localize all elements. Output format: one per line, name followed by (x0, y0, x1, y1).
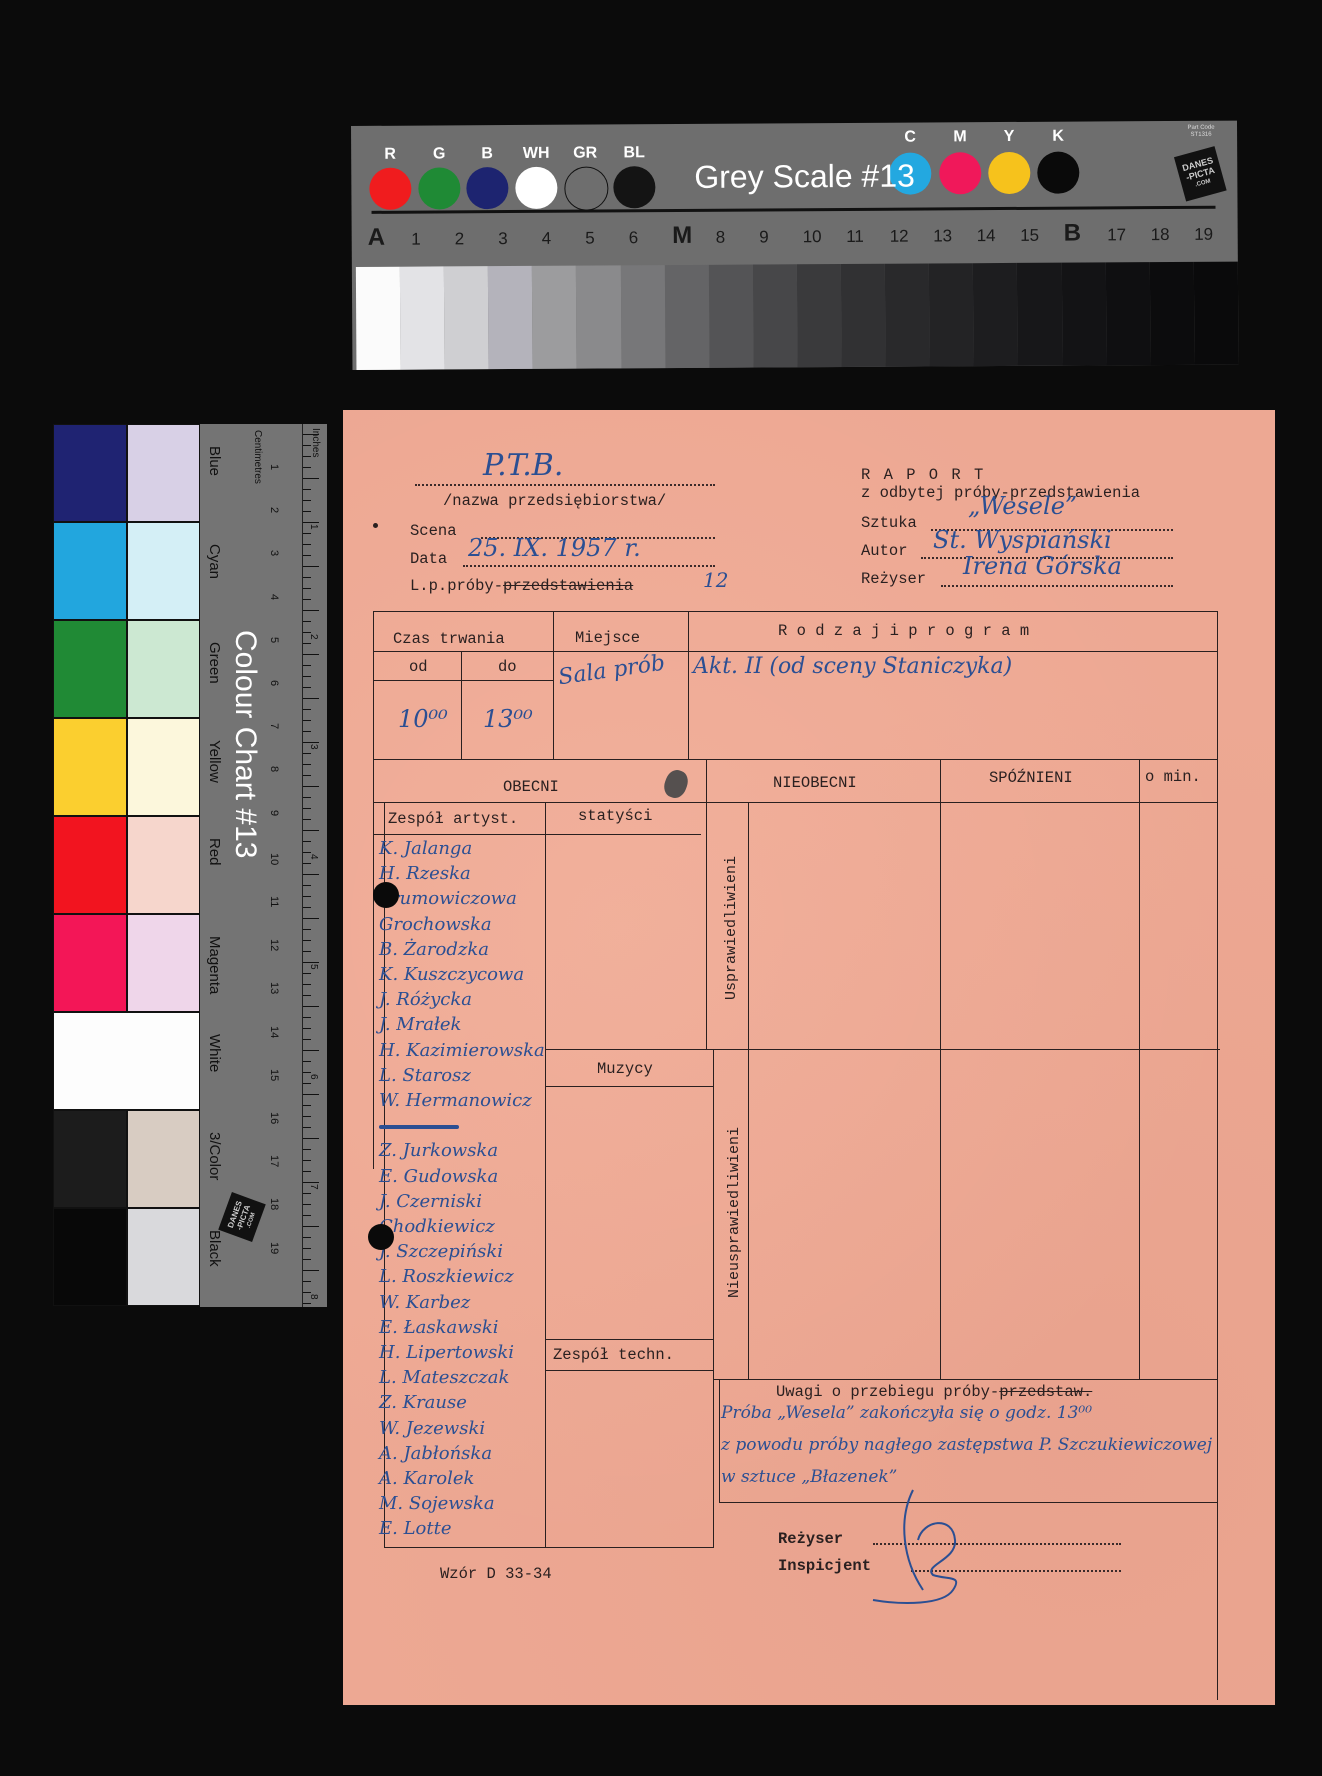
ruler-tick (303, 1061, 311, 1062)
table-line (373, 834, 701, 835)
inch-tick-label: 8 (308, 1294, 319, 1300)
color-dot-label: G (417, 145, 461, 163)
artist-entry: H. Rzeska (379, 863, 471, 884)
grey-scale-patches (356, 262, 1239, 370)
artist-entry: M. Sojewska (379, 1493, 495, 1514)
grey-scale-label: 5 (585, 229, 595, 249)
ruler-tick (303, 1303, 311, 1304)
ruler-tick (303, 1215, 311, 1216)
cm-tick-label: 2 (268, 507, 280, 513)
form-code: Wzór D 33-34 (440, 1565, 552, 1583)
cm-tick-label: 5 (268, 637, 280, 643)
cm-tick-label: 8 (268, 766, 280, 772)
grey-scale-label: 6 (629, 228, 639, 248)
color-dot-label: Y (987, 128, 1031, 146)
grey-scale-label: B (1064, 220, 1082, 248)
cm-tick-label: 18 (268, 1198, 280, 1210)
ruler-tick (303, 1072, 311, 1073)
color-dot-gr (564, 166, 608, 210)
ruler-tick (303, 478, 319, 479)
lp-value: 12 (703, 568, 728, 592)
colour-swatch-row (53, 718, 200, 816)
nieusprawiedliwieni-label: Nieusprawiedliwieni (726, 1075, 743, 1350)
ruler-tick (303, 599, 311, 600)
ruler-tick (303, 852, 311, 853)
cm-tick-label: 19 (268, 1242, 280, 1254)
color-dot-label: BL (612, 144, 656, 162)
dotted-line (415, 484, 715, 486)
grey-patch (709, 265, 754, 368)
inspicjent-label: Inspicjent (778, 1557, 871, 1575)
table-line (940, 759, 941, 1379)
ruler-tick (303, 907, 311, 908)
artist-entry: E. Gudowska (379, 1166, 498, 1187)
ruler-tick (303, 632, 311, 633)
artist-entry: E. Łaskawski (379, 1317, 499, 1338)
part-code: Part Code ST1316 (1171, 125, 1231, 139)
ruler-tick (303, 731, 311, 732)
artist-entry: Grochowska (379, 914, 492, 935)
report-title: R A P O R T (861, 466, 985, 484)
inch-tick-label: 6 (308, 1074, 319, 1080)
cm-tick-label: 13 (268, 982, 280, 994)
ruler-tick (303, 434, 319, 435)
ruler (302, 424, 327, 1307)
ruler-tick (303, 1116, 311, 1117)
table-line (706, 759, 707, 1049)
inch-tick-label: 5 (308, 964, 319, 970)
ruler-tick (303, 918, 319, 919)
artist-entry: Trumowiczowa (379, 888, 517, 909)
grey-patch (488, 266, 533, 369)
ruler-tick (303, 698, 319, 699)
ruler-tick (303, 1270, 319, 1271)
od-header: od (409, 658, 428, 676)
table-line (373, 651, 1218, 652)
table-line (688, 611, 689, 759)
artist-entry: E. Lotte (379, 1518, 452, 1539)
ruler-tick (303, 577, 311, 578)
ruler-tick (303, 819, 311, 820)
ruler-tick (303, 555, 311, 556)
ruler-tick (303, 775, 311, 776)
ruler-tick (303, 665, 311, 666)
artist-entry: L. Mateszczak (379, 1367, 509, 1388)
ruler-tick (303, 456, 311, 457)
ruler-tick (303, 1204, 311, 1205)
table-line (545, 1049, 1220, 1050)
data-field (463, 565, 715, 567)
grey-scale-label: 8 (716, 228, 726, 248)
grey-patch (400, 266, 445, 369)
ruler-tick (303, 544, 311, 545)
grey-scale-label: 14 (977, 226, 996, 246)
colour-chart-label-strip: BlueCyanGreenYellowRedMagentaWhite3/Colo… (200, 424, 327, 1307)
dot-mark (373, 523, 378, 528)
colour-label: Green (206, 642, 223, 684)
muzycy-header: Muzycy (597, 1060, 653, 1078)
grey-scale-label: 15 (1020, 226, 1039, 246)
ruler-tick (303, 973, 311, 974)
swatch-yellow-full (53, 718, 127, 816)
table-line (553, 611, 554, 759)
do-header: do (498, 658, 517, 676)
inch-tick-label: 3 (308, 744, 319, 750)
uwagi-header: Uwagi o przebiegu próby-przedstaw. (776, 1383, 1092, 1401)
rezyser-field (941, 585, 1173, 587)
artist-entry: J. Czerniski (379, 1191, 482, 1212)
color-dot-y (988, 152, 1030, 194)
ruler-tick (303, 874, 319, 875)
cm-tick-label: 14 (268, 1026, 280, 1038)
colour-label: White (206, 1034, 223, 1072)
grey-scale-label: 9 (759, 227, 769, 247)
ruler-tick (303, 1028, 311, 1029)
artist-entry: J. Różycka (379, 989, 472, 1010)
uwagi-line-1: Próba „Wesela” zakończyła się o godz. 13… (721, 1403, 1092, 1423)
color-dot-label: C (888, 128, 932, 146)
ruler-tick (303, 1237, 311, 1238)
grey-patch (1194, 262, 1239, 365)
ruler-tick (303, 841, 311, 842)
rezyser-label: Reżyser (861, 570, 926, 588)
ruler-tick (303, 533, 311, 534)
ruler-tick (303, 1094, 319, 1095)
program-value: Akt. II (od sceny Staniczyka) (693, 654, 1012, 679)
cm-tick-label: 9 (268, 810, 280, 816)
divider (372, 206, 1216, 214)
company-name: P.T.B. (483, 448, 563, 483)
table-line (1139, 759, 1140, 1379)
ruler-tick (303, 940, 311, 941)
artist-entry: W. Hermanowicz (379, 1090, 532, 1111)
artist-entry: Z. Krause (379, 1392, 467, 1413)
part-code-value: ST1316 (1171, 132, 1231, 139)
cm-tick-label: 11 (268, 896, 280, 907)
ruler-tick (303, 1171, 311, 1172)
danes-picta-logo: DANES -PICTA .COM (218, 1192, 266, 1242)
swatch-black-tint (127, 1208, 201, 1306)
colour-swatch-row (53, 522, 200, 620)
artist-entry: J. Mrałek (379, 1014, 461, 1035)
ruler-tick (303, 808, 311, 809)
swatch-red-tint (127, 816, 201, 914)
grey-patch (753, 264, 798, 367)
inch-tick-label: 7 (308, 1184, 319, 1190)
grey-patch (356, 267, 401, 370)
zespol-artyst-header: Zespół artyst. (388, 810, 518, 828)
data-label: Data (410, 550, 447, 568)
rezyser-sign-label: Reżyser (778, 1530, 843, 1548)
color-dot-label: GR (563, 144, 607, 162)
grey-scale-label: A (368, 224, 386, 252)
danes-picta-logo: DANES -PICTA .COM (1174, 146, 1227, 201)
ruler-tick (303, 445, 311, 446)
swatch-green-full (53, 620, 127, 718)
lp-label: L.p.próby-przedstawienia (410, 577, 633, 595)
colour-label: Black (206, 1230, 223, 1267)
inch-tick-label: 1 (308, 524, 319, 530)
lp-label-text: L.p.próby- (410, 577, 503, 595)
uwagi-struck: przedstaw. (999, 1383, 1092, 1401)
swatch-magenta-full (53, 914, 127, 1012)
ruler-tick (303, 1182, 319, 1183)
table-line (1217, 611, 1218, 1700)
lp-label-struck: przedstawienia (503, 577, 633, 595)
table-line (373, 759, 1218, 760)
ruler-tick (303, 709, 311, 710)
table-line (384, 1547, 714, 1548)
artist-entry: A. Karolek (379, 1468, 474, 1489)
uwagi-label: Uwagi o przebiegu próby- (776, 1383, 999, 1401)
zespol-techn-header: Zespół techn. (553, 1346, 674, 1364)
spoznieni-header: SPÓŹNIENI (989, 769, 1073, 787)
colour-label: 3/Color (206, 1132, 223, 1180)
sztuka-label: Sztuka (861, 514, 917, 532)
swatch-3/color-full (53, 1110, 127, 1208)
punch-hole (373, 882, 399, 908)
ruler-tick (303, 830, 319, 831)
inch-tick-label: 2 (308, 634, 319, 640)
rehearsal-report-form: P.T.B. /nazwa przedsiębiorstwa/ Scena Da… (343, 410, 1275, 1705)
colour-label: Yellow (206, 740, 223, 783)
color-dot-label: WH (514, 145, 558, 163)
artist-entry: W. Karbez (379, 1292, 470, 1313)
uwagi-line-2: z powodu próby nagłego zastępstwa P. Szc… (721, 1435, 1212, 1455)
grey-scale-label: 17 (1107, 225, 1126, 245)
ruler-tick (303, 1160, 311, 1161)
ruler-tick (303, 1292, 311, 1293)
grey-scale-label: 1 (411, 230, 421, 250)
miejsce-value: Sala prób (557, 651, 667, 691)
colour-chart-title: Colour Chart #13 (228, 630, 262, 858)
czas-trwania-header: Czas trwania (393, 630, 505, 648)
ruler-tick (303, 786, 319, 787)
ruler-tick (303, 753, 311, 754)
swatch-green-tint (127, 620, 201, 718)
ruler-tick (303, 654, 319, 655)
cm-tick-label: 15 (268, 1069, 280, 1081)
ruler-tick (303, 588, 311, 589)
artist-entry: K. Jalanga (379, 838, 472, 859)
grey-scale-label: 19 (1194, 225, 1213, 245)
grey-patch (885, 263, 930, 366)
color-dot-label: R (368, 146, 412, 164)
ruler-tick (303, 1127, 311, 1128)
ruler-tick (303, 676, 311, 677)
grey-scale-label: 2 (455, 229, 465, 249)
color-dot-label: B (465, 145, 509, 163)
ruler-tick (303, 1039, 311, 1040)
ruler-tick (303, 797, 311, 798)
swatch-cyan-tint (127, 522, 201, 620)
table-line (461, 651, 462, 759)
ruler-tick (303, 929, 311, 930)
cm-tick-label: 17 (268, 1155, 280, 1167)
colour-swatch-row (53, 816, 200, 914)
colour-chart: BlueCyanGreenYellowRedMagentaWhite3/Colo… (53, 424, 327, 1307)
company-caption: /nazwa przedsiębiorstwa/ (443, 492, 666, 510)
scena-label: Scena (410, 522, 457, 540)
ruler-tick (303, 621, 311, 622)
artist-entry: L. Starosz (379, 1065, 471, 1086)
statysci-header: statyści (578, 807, 652, 825)
ruler-tick (303, 1149, 311, 1150)
ruler-tick (303, 643, 311, 644)
miejsce-header: Miejsce (575, 629, 640, 647)
color-dot-label: M (938, 128, 982, 146)
ruler-tick (303, 1017, 311, 1018)
ruler-tick (303, 764, 311, 765)
artist-entry: A. Jabłońska (379, 1443, 492, 1464)
ruler-tick (303, 1083, 311, 1084)
cm-tick-label: 6 (268, 680, 280, 686)
artist-entry: B. Żarodzka (379, 939, 489, 960)
cm-tick-label: 3 (268, 550, 280, 556)
artist-entry: Z. Jurkowska (379, 1140, 498, 1161)
ruler-tick (303, 489, 311, 490)
cm-tick-label: 10 (268, 853, 280, 865)
artist-entry: L. Roszkiewicz (379, 1266, 514, 1287)
grey-scale-label: 12 (890, 227, 909, 247)
table-line (545, 1339, 713, 1340)
signature (863, 1480, 1023, 1620)
color-dots: RGBWHGRBLCMYK (351, 121, 1237, 126)
ruler-tick (303, 1281, 311, 1282)
cm-tick-label: 1 (268, 464, 280, 470)
ruler-tick (303, 863, 311, 864)
crossed-out-entry (379, 1125, 459, 1129)
ruler-tick (303, 610, 319, 611)
colour-swatch-row (53, 1012, 200, 1110)
cm-tick-label: 12 (268, 939, 280, 951)
grey-patch (841, 264, 886, 367)
ruler-tick (303, 500, 311, 501)
grey-patch (444, 266, 489, 369)
color-dot-r (369, 168, 411, 210)
ruler-tick (303, 885, 311, 886)
od-value: 10⁰⁰ (398, 705, 448, 733)
artist-entry: H. Kazimierowska (379, 1040, 545, 1061)
grey-scale-label: M (672, 222, 692, 250)
artist-entry: W. Jezewski (379, 1418, 485, 1439)
swatch-white-tint (127, 1012, 201, 1110)
artist-entry: H. Lipertowski (379, 1342, 514, 1363)
grey-scale-title: Grey Scale #13 (694, 158, 915, 196)
do-value: 13⁰⁰ (483, 705, 533, 733)
swatch-blue-full (53, 424, 127, 522)
rezyser-value: Irena Górska (963, 552, 1122, 580)
grey-scale-label: 4 (542, 229, 552, 249)
colour-label: Cyan (206, 544, 223, 579)
colour-label: Magenta (206, 936, 223, 994)
cm-tick-label: 16 (268, 1112, 280, 1124)
colour-swatch-row (53, 914, 200, 1012)
colour-swatch-row (53, 620, 200, 718)
colour-label: Blue (206, 446, 223, 476)
color-dot-k (1037, 152, 1079, 194)
ruler-tick (303, 1006, 319, 1007)
table-line (545, 802, 546, 1547)
cm-tick-label: 4 (268, 594, 280, 600)
ruler-tick (303, 1138, 319, 1139)
grey-patch (1017, 263, 1062, 366)
grey-patch (665, 265, 710, 368)
program-header: R o d z a j i p r o g r a m (778, 622, 1029, 640)
table-line (748, 802, 749, 1379)
table-line (373, 802, 1218, 803)
grey-scale-card: Part Code ST1316 RGBWHGRBLCMYK Grey Scal… (351, 121, 1238, 370)
ruler-tick (303, 566, 319, 567)
grey-patch (576, 265, 621, 368)
grey-scale-labels: A123456M89101112131415B171819 (368, 219, 1228, 254)
grey-scale-label: 18 (1151, 225, 1170, 245)
autor-value: St. Wyspiański (933, 526, 1112, 554)
ruler-tick (303, 1226, 319, 1227)
obecni-header: OBECNI (503, 778, 559, 796)
table-line (373, 611, 1218, 612)
swatch-black-full (53, 1208, 127, 1306)
colour-label: Red (206, 838, 223, 866)
artist-entry: K. Kuszczycowa (379, 964, 524, 985)
grey-patch (532, 266, 577, 369)
nieobecni-header: NIEOBECNI (773, 774, 857, 792)
grey-patch (1105, 262, 1150, 365)
color-dot-m (939, 152, 981, 194)
ruler-tick (303, 1105, 311, 1106)
ruler-tick (303, 467, 311, 468)
ruler-tick (303, 951, 311, 952)
ruler-tick (303, 1248, 311, 1249)
ruler-tick (303, 720, 311, 721)
swatch-3/color-tint (127, 1110, 201, 1208)
ruler-tick (303, 896, 311, 897)
ruler-tick (303, 962, 319, 963)
color-dot-bl (613, 166, 655, 208)
grey-scale-label: 13 (933, 226, 952, 246)
grey-scale-label: 10 (803, 227, 822, 247)
colour-swatch-row (53, 1110, 200, 1208)
cm-tick-label: 7 (268, 723, 280, 729)
swatch-yellow-tint (127, 718, 201, 816)
grey-scale-label: 11 (846, 227, 864, 247)
ruler-tick (303, 1050, 319, 1051)
stain (661, 767, 691, 801)
grey-patch (973, 263, 1018, 366)
colour-swatch-row (53, 424, 200, 522)
color-dot-g (418, 167, 460, 209)
table-line (373, 680, 553, 681)
table-line (713, 1049, 714, 1547)
colour-swatch-row (53, 1208, 200, 1306)
color-dot-label: K (1036, 128, 1080, 146)
grey-scale-label: 3 (498, 229, 508, 249)
table-line (713, 1379, 1218, 1380)
swatch-cyan-full (53, 522, 127, 620)
swatch-white-full (53, 1012, 127, 1110)
ruler-tick (303, 984, 311, 985)
grey-patch (620, 265, 665, 368)
grey-patch (1061, 262, 1106, 365)
ruler-tick (303, 1193, 311, 1194)
sztuka-value: „Wesele” (968, 492, 1077, 520)
ruler-tick (303, 687, 311, 688)
o-min-header: o min. (1145, 768, 1201, 786)
artist-entry: J. Szczepiński (379, 1241, 503, 1262)
table-line (545, 1370, 713, 1371)
grey-patch (929, 263, 974, 366)
table-line (545, 1086, 713, 1087)
